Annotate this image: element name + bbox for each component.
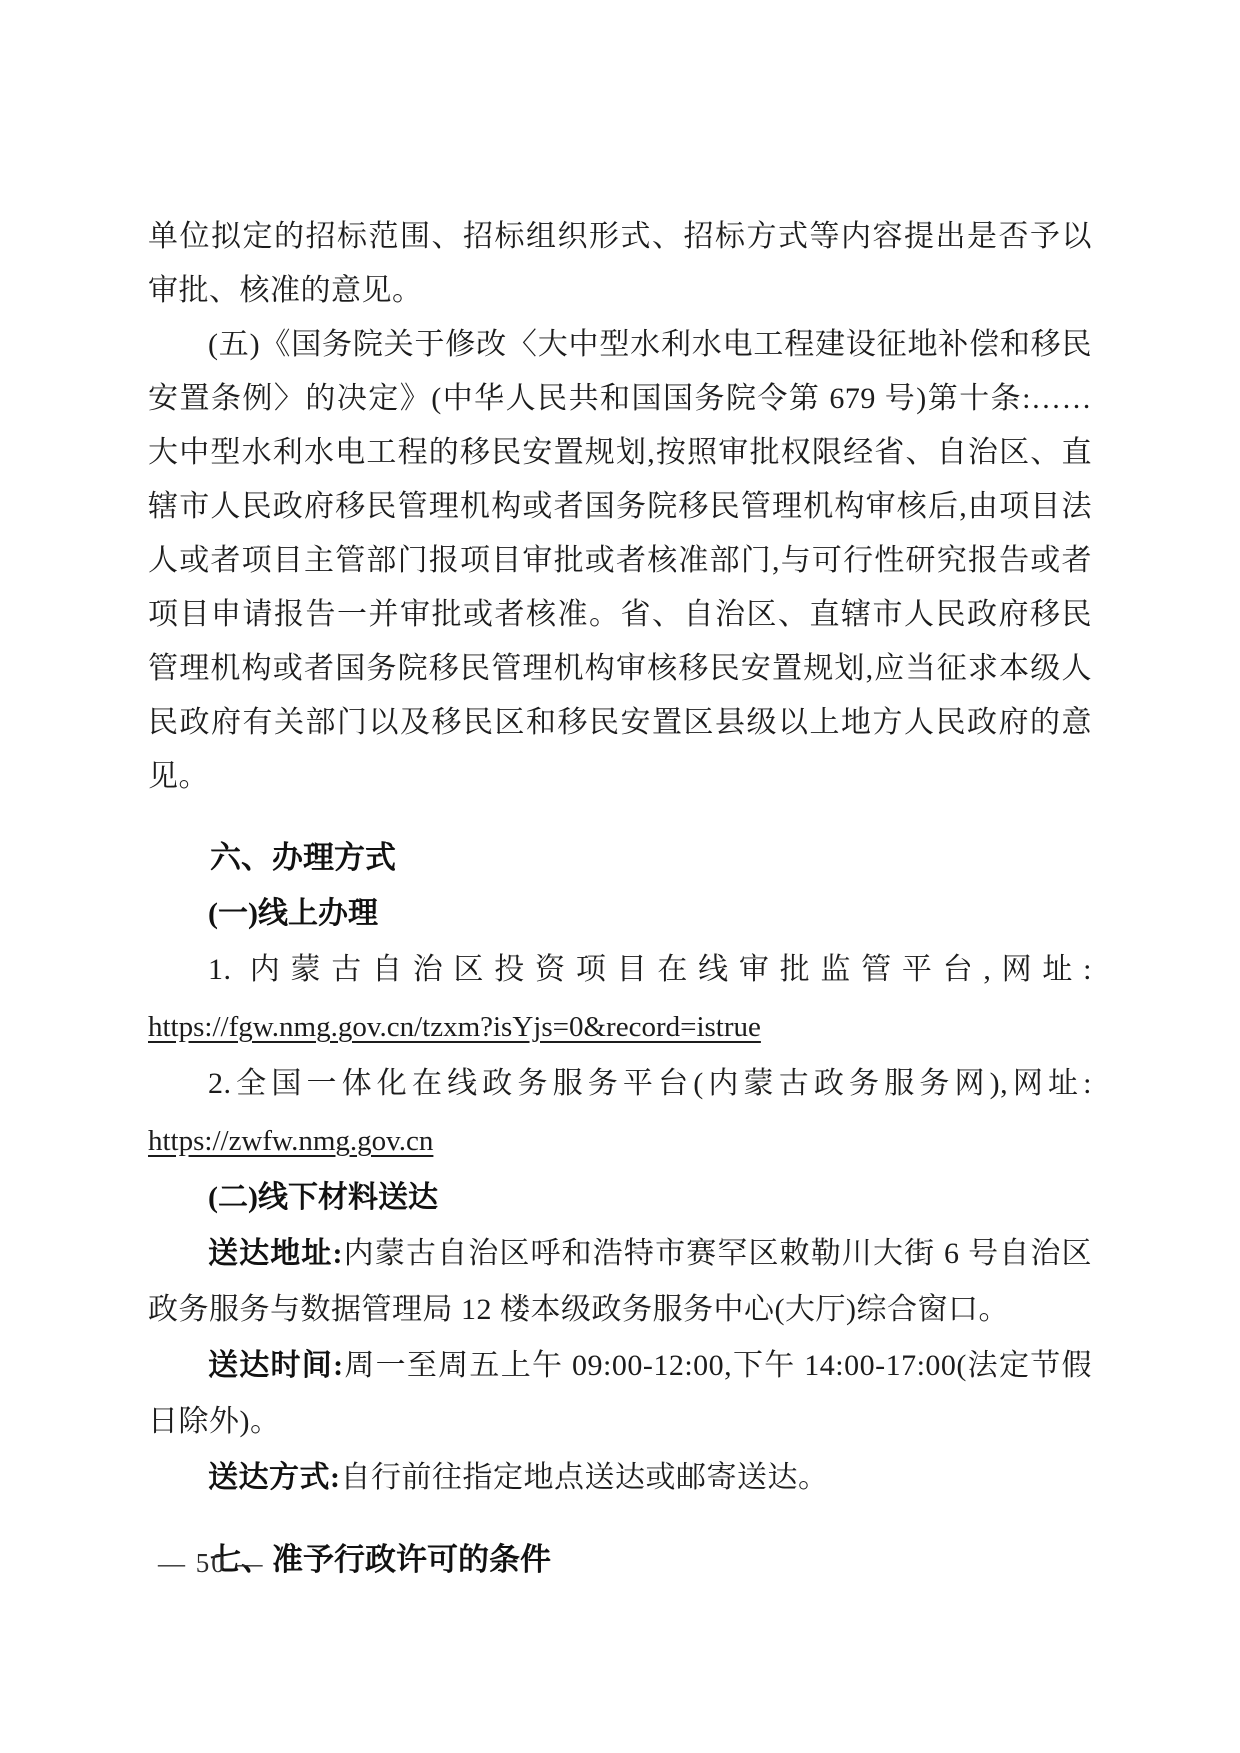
- url-link[interactable]: https://zwfw.nmg.gov.cn: [148, 1125, 433, 1157]
- subsection-heading: (一)线上办理: [148, 886, 1092, 942]
- document-page: 单位拟定的招标范围、招标组织形式、招标方式等内容提出是否予以审批、核准的意见。(…: [0, 0, 1240, 1753]
- document-body: 单位拟定的招标范围、招标组织形式、招标方式等内容提出是否予以审批、核准的意见。(…: [148, 210, 1092, 1588]
- paragraph: (五)《国务院关于修改〈大中型水利水电工程建设征地补偿和移民安置条例〉的决定》(…: [148, 318, 1092, 804]
- url-link[interactable]: https://fgw.nmg.gov.cn/tzxm?isYjs=0&reco…: [148, 1011, 761, 1043]
- labeled-paragraph: 送达方式:自行前往指定地点送达或邮寄送达。: [148, 1450, 1092, 1506]
- field-label: 送达方式:: [208, 1461, 341, 1494]
- paragraph: 1. 内蒙古自治区投资项目在线审批监管平台,网址:: [148, 942, 1092, 998]
- page-number: — 50 —: [158, 1548, 265, 1578]
- link-line: https://fgw.nmg.gov.cn/tzxm?isYjs=0&reco…: [148, 998, 1092, 1056]
- link-line: https://zwfw.nmg.gov.cn: [148, 1112, 1092, 1170]
- labeled-paragraph: 送达地址:内蒙古自治区呼和浩特市赛罕区敕勒川大街 6 号自治区政务服务与数据管理…: [148, 1226, 1092, 1338]
- paragraph: 2.全国一体化在线政务服务平台(内蒙古政务服务网),网址:: [148, 1056, 1092, 1112]
- field-label: 送达时间:: [208, 1349, 344, 1382]
- field-label: 送达地址:: [208, 1237, 343, 1270]
- field-value: 自行前往指定地点送达或邮寄送达。: [341, 1461, 829, 1494]
- subsection-heading: (二)线下材料送达: [148, 1170, 1092, 1226]
- paragraph: 单位拟定的招标范围、招标组织形式、招标方式等内容提出是否予以审批、核准的意见。: [148, 210, 1092, 318]
- page-footer: — 50 —: [158, 1548, 265, 1579]
- labeled-paragraph: 送达时间:周一至周五上午 09:00-12:00,下午 14:00-17:00(…: [148, 1338, 1092, 1450]
- section-heading: 七、准予行政许可的条件: [148, 1532, 1092, 1588]
- section-heading: 六、办理方式: [148, 830, 1092, 886]
